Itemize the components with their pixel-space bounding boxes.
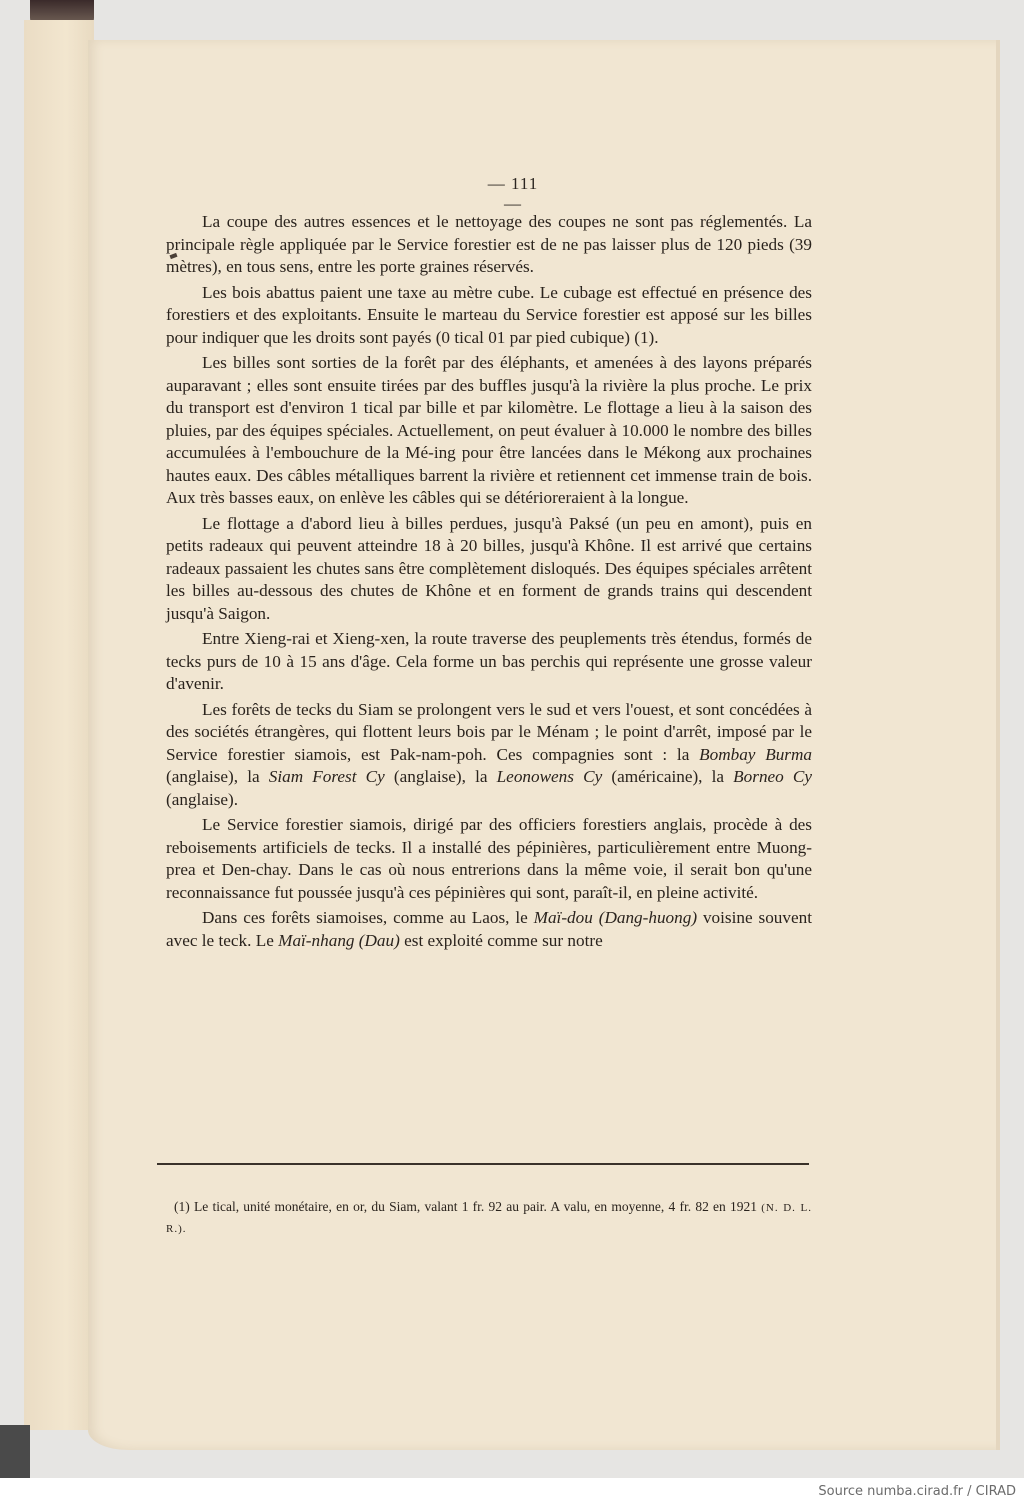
company-bombay-burma: Bombay Burma xyxy=(699,745,812,764)
footnote: (1) Le tical, unité monétaire, en or, du… xyxy=(166,1197,812,1239)
paragraph-companies: Les forêts de tecks du Siam se prolongen… xyxy=(166,699,812,812)
species-mai-nhang: Maï-nhang (Dau) xyxy=(278,931,400,950)
company-leonowens: Leonowens Cy xyxy=(497,767,603,786)
paragraph: Le flottage a d'abord lieu à billes perd… xyxy=(166,513,812,626)
page-number: — 111 — xyxy=(478,174,548,214)
paragraph: La coupe des autres essences et le netto… xyxy=(166,211,812,279)
company-borneo: Borneo Cy xyxy=(733,767,812,786)
scanner-edge xyxy=(0,1425,30,1478)
paragraph: Les bois abattus paient une taxe au mètr… xyxy=(166,282,812,350)
paragraph-species: Dans ces forêts siamoises, comme au Laos… xyxy=(166,907,812,952)
footnote-divider xyxy=(157,1163,809,1165)
source-credit: Source numba.cirad.fr / CIRAD xyxy=(818,1484,1016,1499)
company-siam-forest: Siam Forest Cy xyxy=(269,767,385,786)
body-text: La coupe des autres essences et le netto… xyxy=(166,211,812,955)
paragraph: Le Service forestier siamois, dirigé par… xyxy=(166,814,812,904)
paragraph: Entre Xieng-rai et Xieng-xen, la route t… xyxy=(166,628,812,696)
footnote-marker: (1) xyxy=(174,1199,190,1214)
footnote-text: Le tical, unité monétaire, en or, du Sia… xyxy=(194,1199,757,1214)
page-edge xyxy=(996,40,1000,1450)
left-page-edge xyxy=(24,20,94,1430)
paragraph: Les billes sont sorties de la forêt par … xyxy=(166,352,812,510)
species-mai-dou: Maï-dou (Dang-huong) xyxy=(534,908,697,927)
